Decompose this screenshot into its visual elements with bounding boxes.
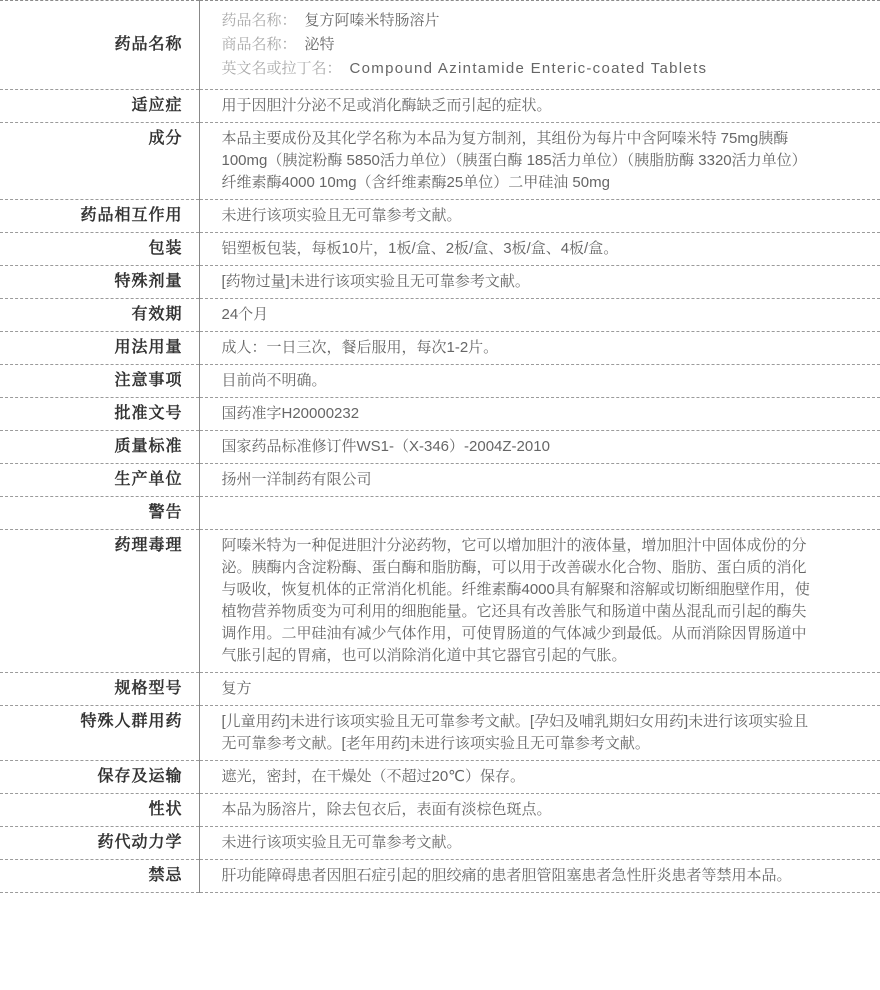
row-value-storage-and-transport: 遮光，密封，在干燥处（不超过20℃）保存。 <box>199 761 880 794</box>
field-value: 复方阿嗪米特肠溶片 <box>305 12 440 29</box>
table-row: 药品名称 药品名称：复方阿嗪米特肠溶片商品名称：泌特英文名或拉丁名：Compou… <box>0 1 880 90</box>
table-row: 适应症 用于因胆汁分泌不足或消化酶缺乏而引起的症状。 <box>0 90 880 123</box>
row-label-packaging: 包装 <box>0 233 199 266</box>
row-label-warning: 警告 <box>0 497 199 530</box>
field-sub-label: 商品名称： <box>222 36 297 53</box>
row-value-precautions: 目前尚不明确。 <box>199 365 880 398</box>
drug-info-page: 药品名称 药品名称：复方阿嗪米特肠溶片商品名称：泌特英文名或拉丁名：Compou… <box>0 0 880 990</box>
row-label-drug-name: 药品名称 <box>0 1 199 90</box>
row-value-composition: 本品主要成份及其化学名称为本品为复方制剂，其组份为每片中含阿嗪米特 75mg胰酶… <box>199 123 880 200</box>
row-value-dosage-and-administration: 成人：一日三次，餐后服用，每次1-2片。 <box>199 332 880 365</box>
drug-info-rows: 药品名称 药品名称：复方阿嗪米特肠溶片商品名称：泌特英文名或拉丁名：Compou… <box>0 1 880 893</box>
row-label-pharmacology-toxicology: 药理毒理 <box>0 530 199 673</box>
row-value-specification: 复方 <box>199 673 880 706</box>
row-value-drug-interactions: 未进行该项实验且无可靠参考文献。 <box>199 200 880 233</box>
table-row: 有效期 24个月 <box>0 299 880 332</box>
table-row: 特殊剂量 [药物过量]未进行该项实验且无可靠参考文献。 <box>0 266 880 299</box>
row-value-packaging: 铝塑板包装，每板10片，1板/盒、2板/盒、3板/盒、4板/盒。 <box>199 233 880 266</box>
row-label-shelf-life: 有效期 <box>0 299 199 332</box>
row-value-manufacturer: 扬州一洋制药有限公司 <box>199 464 880 497</box>
row-label-composition: 成分 <box>0 123 199 200</box>
row-label-pharmacokinetics: 药代动力学 <box>0 827 199 860</box>
row-label-precautions: 注意事项 <box>0 365 199 398</box>
row-label-storage-and-transport: 保存及运输 <box>0 761 199 794</box>
row-label-specification: 规格型号 <box>0 673 199 706</box>
table-row: 批准文号 国药准字H20000232 <box>0 398 880 431</box>
drug-name-line: 英文名或拉丁名：Compound Azintamide Enteric-coat… <box>222 57 821 81</box>
table-row: 药代动力学 未进行该项实验且无可靠参考文献。 <box>0 827 880 860</box>
field-sub-label: 英文名或拉丁名： <box>222 60 342 77</box>
row-value-drug-name: 药品名称：复方阿嗪米特肠溶片商品名称：泌特英文名或拉丁名：Compound Az… <box>199 1 880 90</box>
drug-name-line: 商品名称：泌特 <box>222 33 821 57</box>
row-label-quality-standard: 质量标准 <box>0 431 199 464</box>
row-label-description: 性状 <box>0 794 199 827</box>
row-value-contraindications: 肝功能障碍患者因胆石症引起的胆绞痛的患者胆管阻塞患者急性肝炎患者等禁用本品。 <box>199 860 880 893</box>
row-value-special-dosage: [药物过量]未进行该项实验且无可靠参考文献。 <box>199 266 880 299</box>
table-row: 药品相互作用 未进行该项实验且无可靠参考文献。 <box>0 200 880 233</box>
row-value-pharmacology-toxicology: 阿嗪米特为一种促进胆汁分泌药物，它可以增加胆汁的液体量，增加胆汁中固体成份的分泌… <box>199 530 880 673</box>
table-row: 禁忌 肝功能障碍患者因胆石症引起的胆绞痛的患者胆管阻塞患者急性肝炎患者等禁用本品… <box>0 860 880 893</box>
row-label-manufacturer: 生产单位 <box>0 464 199 497</box>
field-sub-label: 药品名称： <box>222 12 297 29</box>
table-row: 警告 <box>0 497 880 530</box>
table-row: 用法用量 成人：一日三次，餐后服用，每次1-2片。 <box>0 332 880 365</box>
table-row: 性状 本品为肠溶片，除去包衣后，表面有淡棕色斑点。 <box>0 794 880 827</box>
row-label-special-populations: 特殊人群用药 <box>0 706 199 761</box>
table-row: 成分 本品主要成份及其化学名称为本品为复方制剂，其组份为每片中含阿嗪米特 75m… <box>0 123 880 200</box>
row-label-approval-number: 批准文号 <box>0 398 199 431</box>
row-value-warning <box>199 497 880 530</box>
table-row: 药理毒理 阿嗪米特为一种促进胆汁分泌药物，它可以增加胆汁的液体量，增加胆汁中固体… <box>0 530 880 673</box>
row-value-shelf-life: 24个月 <box>199 299 880 332</box>
table-row: 生产单位 扬州一洋制药有限公司 <box>0 464 880 497</box>
table-row: 规格型号 复方 <box>0 673 880 706</box>
row-value-approval-number: 国药准字H20000232 <box>199 398 880 431</box>
row-label-special-dosage: 特殊剂量 <box>0 266 199 299</box>
row-label-indications: 适应症 <box>0 90 199 123</box>
row-value-special-populations: [儿童用药]未进行该项实验且无可靠参考文献。[孕妇及哺乳期妇女用药]未进行该项实… <box>199 706 880 761</box>
row-value-quality-standard: 国家药品标准修订件WS1-（X-346）-2004Z-2010 <box>199 431 880 464</box>
row-label-contraindications: 禁忌 <box>0 860 199 893</box>
drug-name-line: 药品名称：复方阿嗪米特肠溶片 <box>222 9 821 33</box>
table-row: 注意事项 目前尚不明确。 <box>0 365 880 398</box>
row-value-indications: 用于因胆汁分泌不足或消化酶缺乏而引起的症状。 <box>199 90 880 123</box>
table-row: 保存及运输 遮光，密封，在干燥处（不超过20℃）保存。 <box>0 761 880 794</box>
table-row: 特殊人群用药 [儿童用药]未进行该项实验且无可靠参考文献。[孕妇及哺乳期妇女用药… <box>0 706 880 761</box>
field-value: 泌特 <box>305 36 335 53</box>
drug-info-table: 药品名称 药品名称：复方阿嗪米特肠溶片商品名称：泌特英文名或拉丁名：Compou… <box>0 0 880 893</box>
table-row: 质量标准 国家药品标准修订件WS1-（X-346）-2004Z-2010 <box>0 431 880 464</box>
table-row: 包装 铝塑板包装，每板10片，1板/盒、2板/盒、3板/盒、4板/盒。 <box>0 233 880 266</box>
row-label-dosage-and-administration: 用法用量 <box>0 332 199 365</box>
field-value: Compound Azintamide Enteric-coated Table… <box>350 60 708 77</box>
row-value-description: 本品为肠溶片，除去包衣后，表面有淡棕色斑点。 <box>199 794 880 827</box>
row-value-pharmacokinetics: 未进行该项实验且无可靠参考文献。 <box>199 827 880 860</box>
row-label-drug-interactions: 药品相互作用 <box>0 200 199 233</box>
